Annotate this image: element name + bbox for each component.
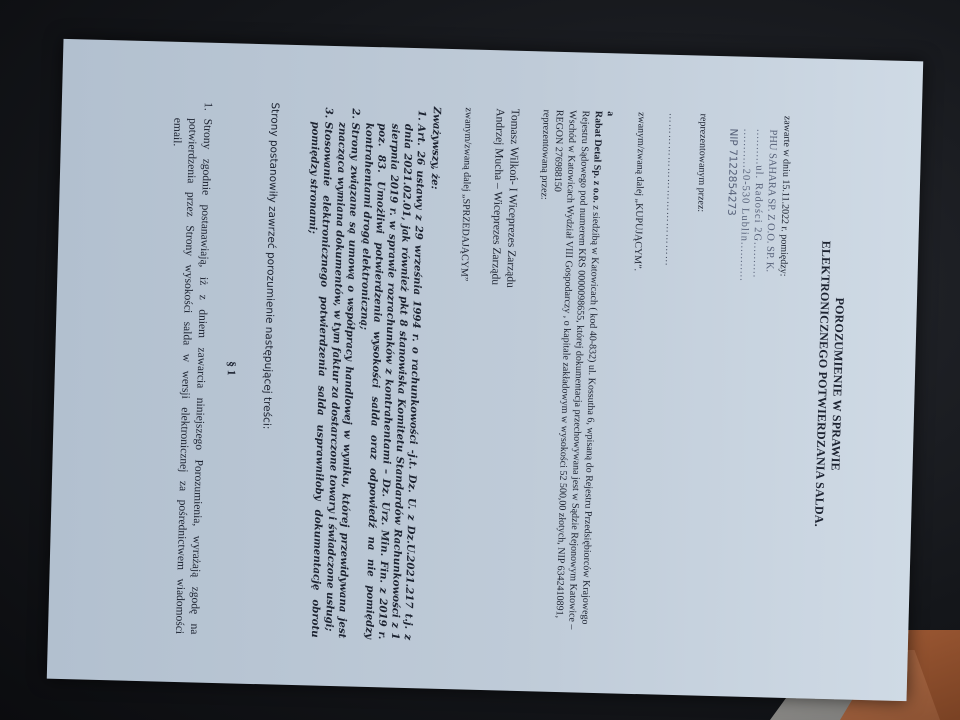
term-item: Strony zgodnie postanawiają, iż z dniem … [157, 118, 215, 635]
representatives-list: Tomasz Wilkoń- I Wiceprezes Zarządu Andr… [478, 108, 521, 643]
document-page: POROZUMIENIE W SPRAWIE ELEKTRONICZNEGO P… [47, 39, 923, 701]
section-mark: § 1 [217, 101, 246, 635]
buyer-represented-label: reprezentowanym przez: [682, 113, 709, 647]
considerations-list: Art. 26 ustawy z 29 września 1994 r. o r… [295, 103, 428, 640]
buyer-alias-text: zwanym/zwaną dalej „KUPUJĄCYM”. [632, 112, 647, 271]
buyer-alias: zwanym/zwaną dalej „KUPUJĄCYM”. [620, 112, 647, 646]
buyer-represented-value: …………………………………… [651, 113, 678, 647]
consideration-item: Art. 26 ustawy z 29 września 1994 r. o r… [349, 123, 428, 641]
seller-alias: zwanym/zwaną dalej „SPRZEDAJĄCYM” [447, 107, 474, 641]
agreement-intro: Strony postanowiły zawrzeć porozumienie … [253, 102, 280, 636]
terms-list: Strony zgodnie postanawiają, iż z dniem … [157, 100, 215, 635]
document-title: POROZUMIENIE W SPRAWIE ELEKTRONICZNEGO P… [807, 117, 852, 652]
